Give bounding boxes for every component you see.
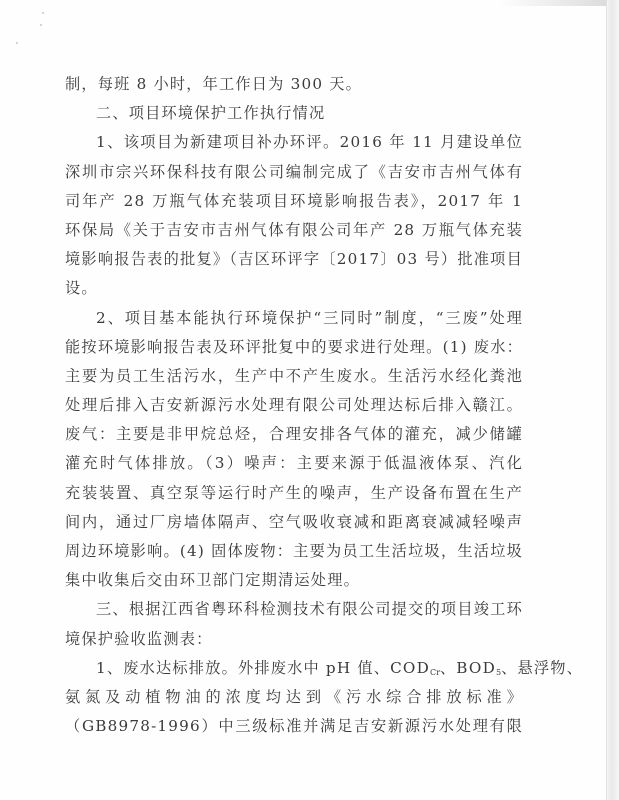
- text-line: 主要为员工生活污水，生产中不产生废水。生活污水经化粪池预: [65, 362, 523, 391]
- text-line: 灌充时气体排放。（3）噪声：主要来源于低温液体泵、汽化器、: [65, 449, 523, 478]
- scan-specks: [14, 8, 54, 48]
- text-line: 设。: [65, 274, 523, 303]
- text-line: 能按环境影响报告表及环评批复中的要求进行处理。(1) 废水：: [65, 333, 523, 362]
- text-line: 充装装置、真空泵等运行时产生的噪声，生产设备布置在生产车: [65, 479, 523, 508]
- scan-speck: [42, 12, 44, 14]
- scanned-page: 制，每班 8 小时，年工作日为 300 天。 二、项目环境保护工作执行情况 1、…: [0, 0, 619, 800]
- text-fragment: 1、废水达标排放。外排废水中 pH 值、COD: [96, 659, 430, 677]
- text-line: 周边环境影响。(4) 固体废物：主要为员工生活垃圾，生活垃圾: [65, 537, 523, 566]
- scan-right-edge: [606, 0, 619, 800]
- document-body: 制，每班 8 小时，年工作日为 300 天。 二、项目环境保护工作执行情况 1、…: [65, 70, 523, 741]
- section-heading-2: 二、项目环境保护工作执行情况: [65, 99, 523, 128]
- text-line-wastewater: 1、废水达标排放。外排废水中 pH 值、CODCr、BOD5、悬浮物、: [65, 654, 523, 683]
- text-line: 处理后排入吉安新源污水处理有限公司处理达标后排入赣江。(2): [65, 391, 523, 420]
- text-line: 集中收集后交由环卫部门定期清运处理。: [65, 566, 523, 595]
- text-fragment: 、悬浮物、: [501, 659, 583, 677]
- scan-top-shadow: [499, 0, 619, 6]
- text-line: 深圳市宗兴环保科技有限公司编制完成了《吉安市吉州气体有限公: [65, 158, 523, 187]
- text-line: （GB8978-1996）中三级标准并满足吉安新源污水处理有限公司进: [65, 712, 523, 741]
- scan-speck: [16, 42, 18, 44]
- text-fragment: 、BOD: [440, 659, 496, 677]
- text-line: 境保护验收监测表：: [65, 625, 523, 654]
- text-line: 境影响报告表的批复》（吉区环评字〔2017〕03 号）批准项目建: [65, 245, 523, 274]
- text-line: 环保局《关于吉安市吉州气体有限公司年产 28 万瓶气体充装项目环: [65, 216, 523, 245]
- text-line: 废气：主要是非甲烷总烃，合理安排各气体的灌充，减少储罐及: [65, 420, 523, 449]
- text-line: 2、项目基本能执行环境保护“三同时”制度，“三废”处理: [65, 304, 523, 333]
- cod-subscript: Cr: [430, 668, 440, 677]
- text-line: 司年产 28 万瓶气体充装项目环境影响报告表》，2017 年 1 月吉州区: [65, 187, 523, 216]
- text-line: 间内，通过厂房墙体隔声、空气吸收衰减和距离衰减减轻噪声对: [65, 508, 523, 537]
- text-line: 制，每班 8 小时，年工作日为 300 天。: [65, 70, 523, 99]
- scan-speck: [40, 24, 42, 26]
- text-line: 氨氮及动植物油的浓度均达到《污水综合排放标准》: [65, 683, 523, 712]
- text-line: 1、该项目为新建项目补办环评。2016 年 11 月建设单位委托: [65, 128, 523, 157]
- section-heading-3: 三、根据江西省粤环科检测技术有限公司提交的项目竣工环: [65, 595, 523, 624]
